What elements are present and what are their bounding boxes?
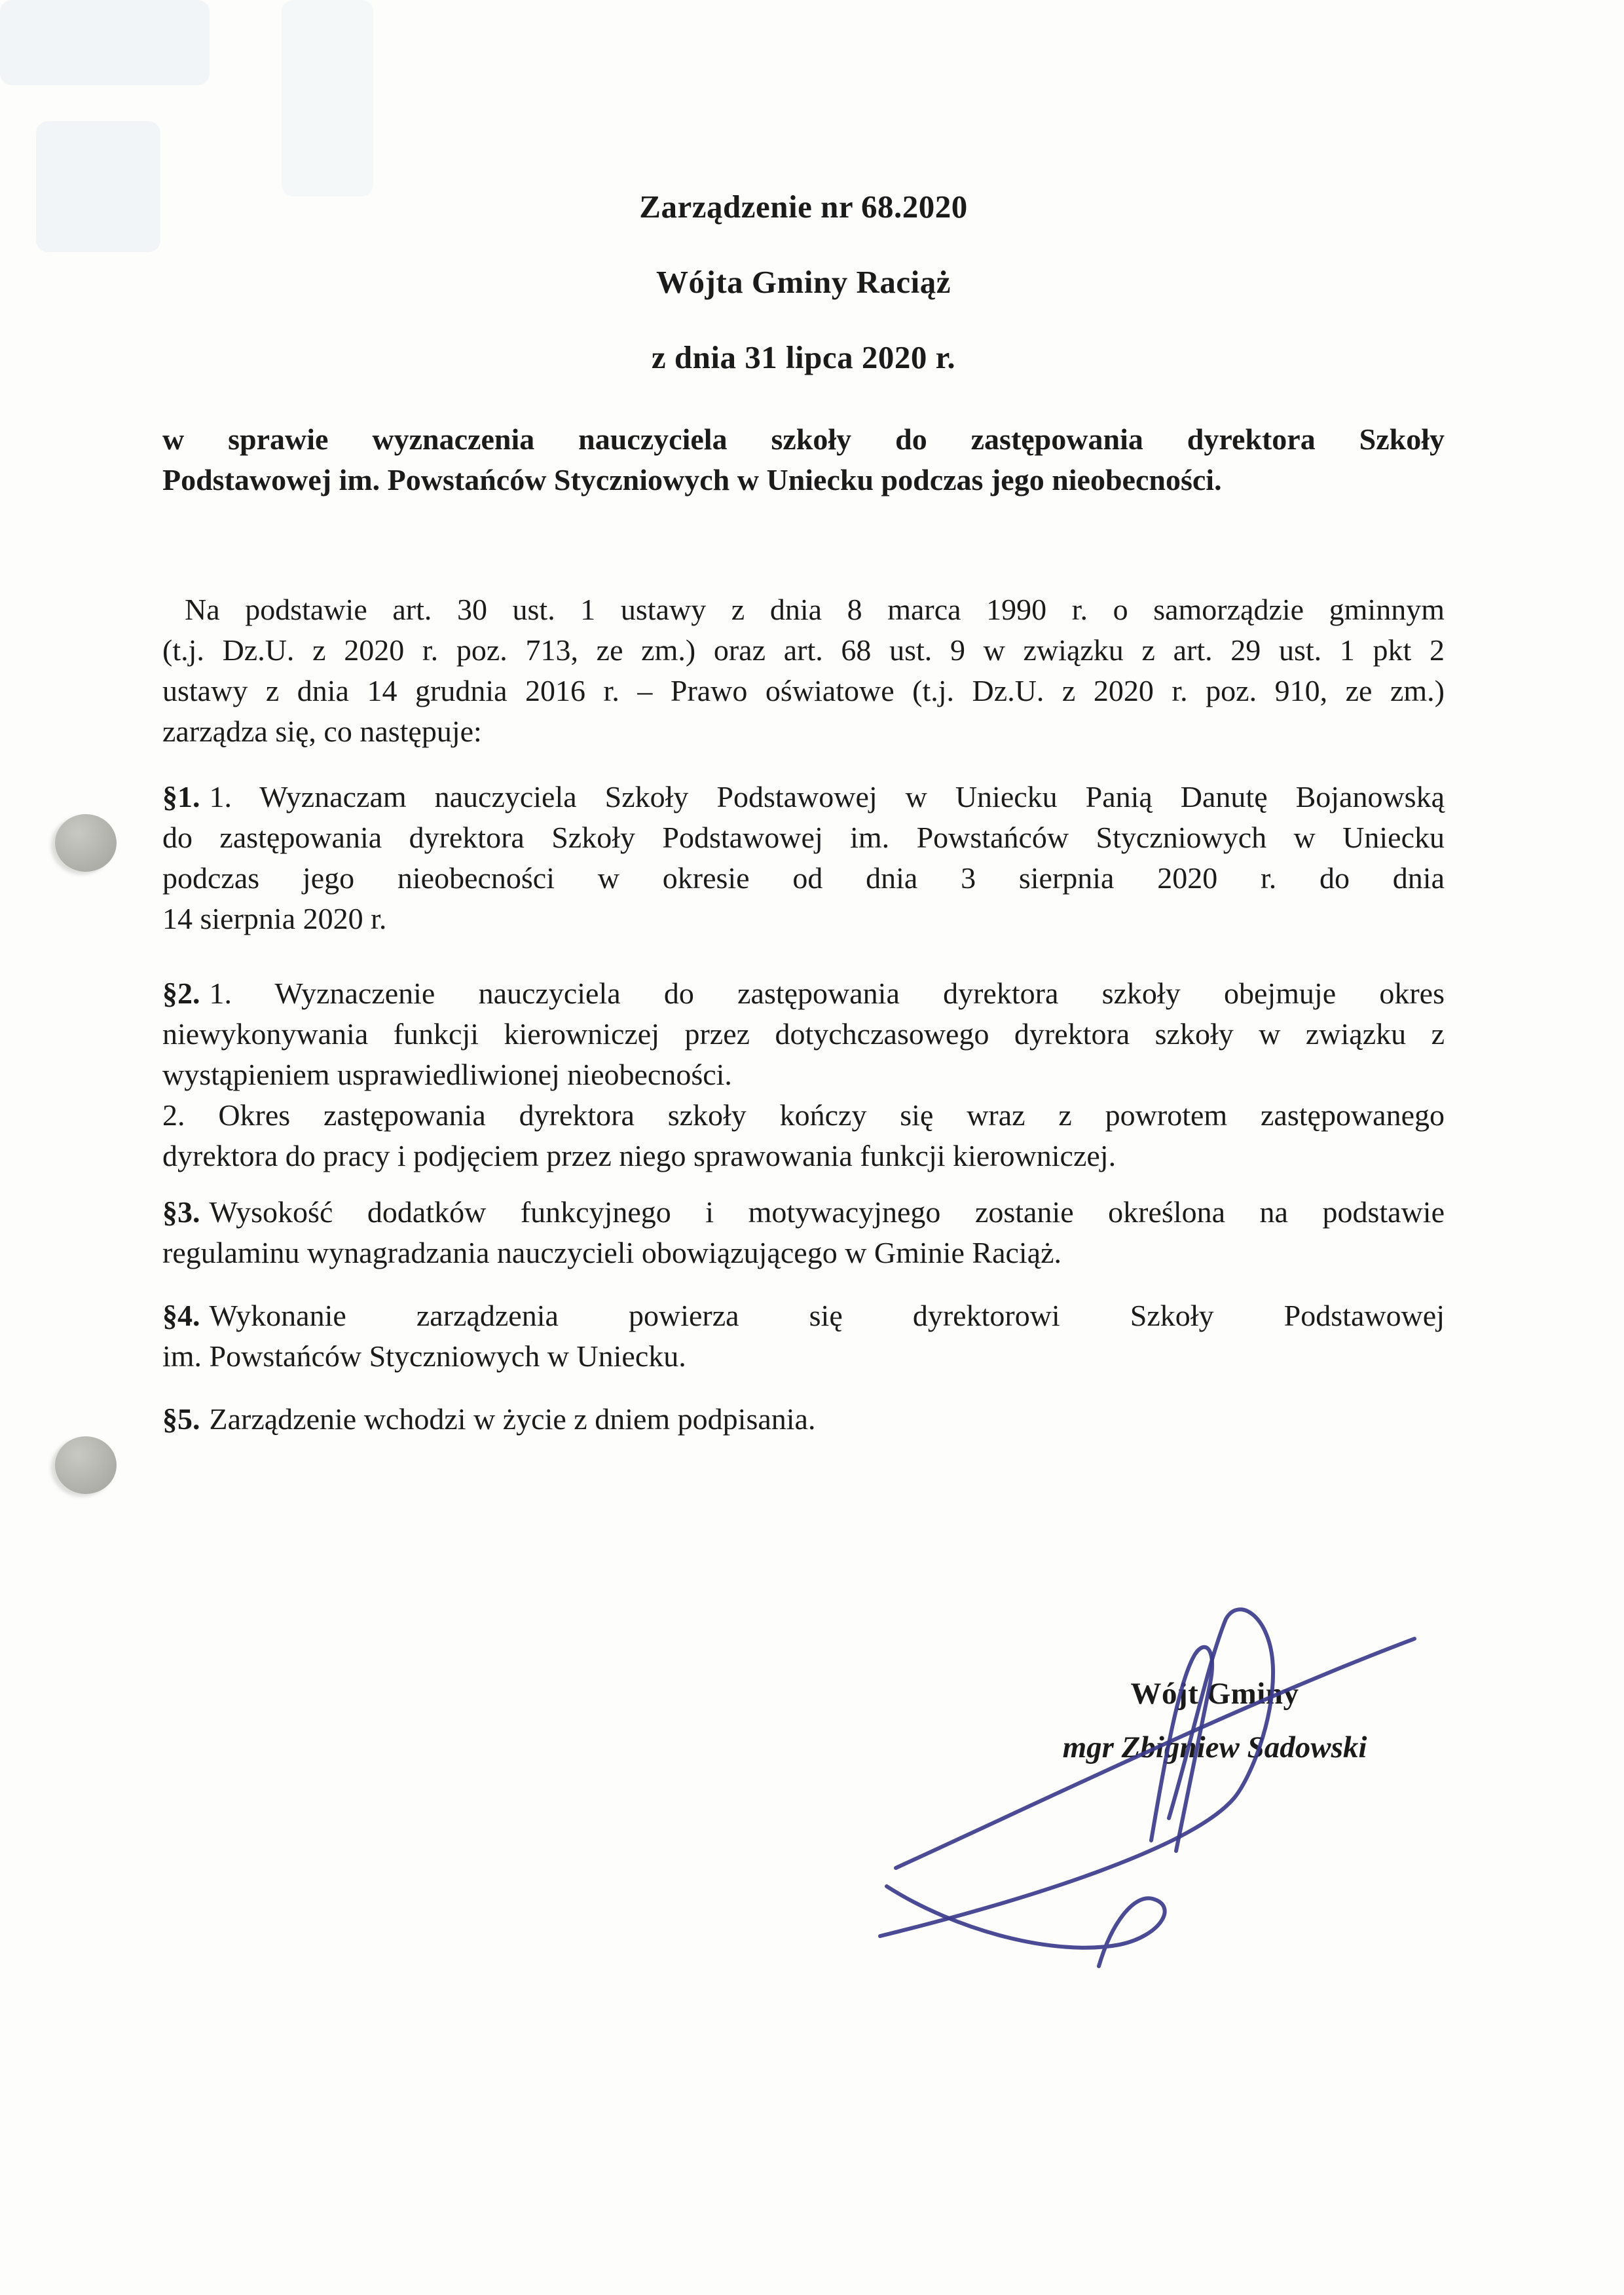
hole-punch-mark: [55, 1436, 117, 1494]
section-line: regulaminu wynagradzania nauczycieli obo…: [162, 1233, 1445, 1273]
scan-artifact: [0, 0, 210, 85]
subject-line: w sprawie wyznaczenia nauczyciela szkoły…: [162, 419, 1445, 460]
section-line: 2. Okres zastępowania dyrektora szkoły k…: [162, 1095, 1445, 1136]
section-text: Wysokość dodatków funkcyjnego i motywacy…: [210, 1195, 1445, 1229]
legal-basis-line: (t.j. Dz.U. z 2020 r. poz. 713, ze zm.) …: [162, 630, 1445, 671]
document-title: Zarządzenie nr 68.2020 Wójta Gminy Racią…: [162, 189, 1445, 376]
section-5: §5.Zarządzenie wchodzi w życie z dniem p…: [162, 1399, 1445, 1440]
section-4-marker: §4.: [162, 1299, 200, 1332]
title-ordinance-number: Zarządzenie nr 68.2020: [162, 189, 1445, 225]
section-line: 14 sierpnia 2020 r.: [162, 899, 1445, 939]
section-line: §2.1. Wyznaczenie nauczyciela do zastępo…: [162, 973, 1445, 1014]
legal-basis-line: zarządza się, co następuje:: [162, 711, 1445, 752]
section-text: 1. Wyznaczam nauczyciela Szkoły Podstawo…: [210, 780, 1445, 813]
section-5-marker: §5.: [162, 1402, 200, 1436]
section-2: §2.1. Wyznaczenie nauczyciela do zastępo…: [162, 973, 1445, 1176]
section-text: 1. Wyznaczenie nauczyciela do zastępowan…: [210, 977, 1445, 1010]
section-text: Wykonanie zarządzenia powierza się dyrek…: [210, 1299, 1445, 1332]
legal-basis-line: Na podstawie art. 30 ust. 1 ustawy z dni…: [162, 589, 1445, 630]
scan-artifact: [36, 121, 160, 252]
scan-artifact: [282, 0, 373, 196]
section-line: im. Powstańców Styczniowych w Uniecku.: [162, 1336, 1445, 1377]
section-line: §5.Zarządzenie wchodzi w życie z dniem p…: [162, 1399, 1445, 1440]
section-line: dyrektora do pracy i podjęciem przez nie…: [162, 1136, 1445, 1176]
section-1: §1.1. Wyznaczam nauczyciela Szkoły Podst…: [162, 777, 1445, 939]
section-4: §4.Wykonanie zarządzenia powierza się dy…: [162, 1296, 1445, 1377]
signature-role: Wójt Gminy: [1012, 1675, 1418, 1712]
section-3: §3.Wysokość dodatków funkcyjnego i motyw…: [162, 1192, 1445, 1273]
section-line: §4.Wykonanie zarządzenia powierza się dy…: [162, 1296, 1445, 1336]
title-date: z dnia 31 lipca 2020 r.: [162, 339, 1445, 376]
section-3-marker: §3.: [162, 1195, 200, 1229]
section-1-marker: §1.: [162, 780, 200, 813]
hole-punch-mark: [55, 814, 117, 872]
signature-block: Wójt Gminy mgr Zbigniew Sadowski: [1012, 1675, 1418, 1766]
subject-paragraph: w sprawie wyznaczenia nauczyciela szkoły…: [162, 419, 1445, 500]
section-line: §1.1. Wyznaczam nauczyciela Szkoły Podst…: [162, 777, 1445, 817]
section-line: niewykonywania funkcji kierowniczej prze…: [162, 1014, 1445, 1054]
title-issuer: Wójta Gminy Raciąż: [162, 264, 1445, 301]
section-line: podczas jego nieobecności w okresie od d…: [162, 858, 1445, 899]
section-text: Zarządzenie wchodzi w życie z dniem podp…: [210, 1402, 816, 1436]
document-page: Zarządzenie nr 68.2020 Wójta Gminy Racią…: [0, 0, 1624, 2295]
section-line: do zastępowania dyrektora Szkoły Podstaw…: [162, 817, 1445, 858]
handwritten-signature-icon: [838, 1590, 1441, 1990]
section-2-marker: §2.: [162, 977, 200, 1010]
legal-basis-paragraph: Na podstawie art. 30 ust. 1 ustawy z dni…: [162, 589, 1445, 752]
signature-name: mgr Zbigniew Sadowski: [1012, 1729, 1418, 1766]
legal-basis-line: ustawy z dnia 14 grudnia 2016 r. – Prawo…: [162, 671, 1445, 711]
subject-line: Podstawowej im. Powstańców Styczniowych …: [162, 460, 1445, 500]
section-line: wystąpieniem usprawiedliwionej nieobecno…: [162, 1054, 1445, 1095]
section-line: §3.Wysokość dodatków funkcyjnego i motyw…: [162, 1192, 1445, 1233]
document-body: Zarządzenie nr 68.2020 Wójta Gminy Racią…: [162, 189, 1445, 1440]
